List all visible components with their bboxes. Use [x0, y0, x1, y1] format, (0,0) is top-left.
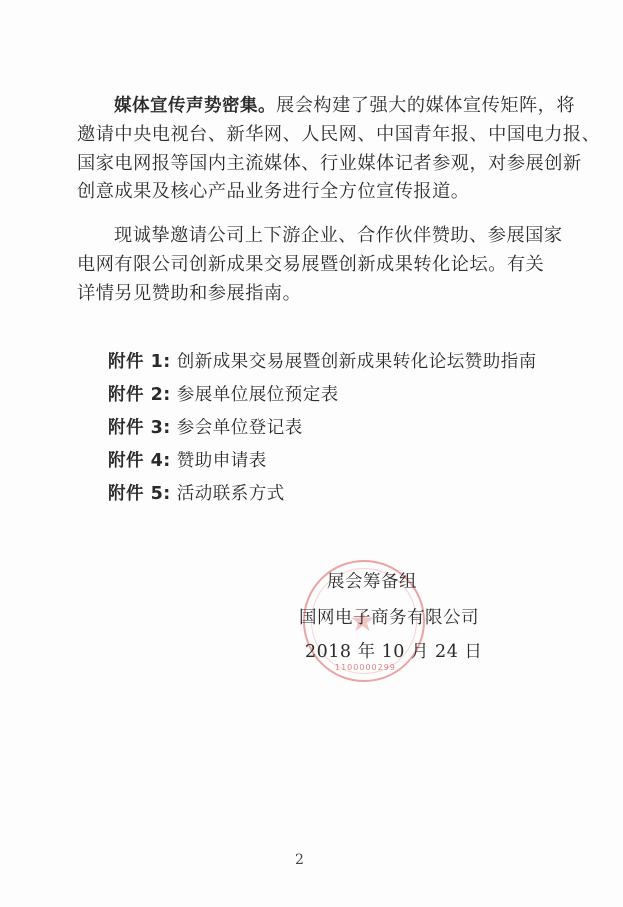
paragraph-invitation: 现诚挚邀请公司上下游企业、合作伙伴赞助、参展国家 电网有限公司创新成果交易展暨创… — [77, 222, 527, 308]
attachment-title: 参会单位登记表 — [177, 418, 303, 438]
paragraph-line: 电网有限公司创新成果交易展暨创新成果转化论坛。有关 — [77, 251, 527, 280]
attachment-label: 附件 1: — [108, 352, 171, 372]
attachment-item: 附件 1:创新成果交易展暨创新成果转化论坛赞助指南 — [108, 346, 537, 379]
paragraph-line: 国家电网报等国内主流媒体、行业媒体记者参观，对参展创新 — [77, 150, 527, 179]
attachment-title: 参展单位展位预定表 — [177, 385, 339, 405]
seal-code: 1100000299 — [335, 663, 396, 672]
attachment-title: 活动联系方式 — [177, 484, 285, 504]
paragraph-heading: 媒体宣传声势密集。 — [114, 96, 276, 116]
paragraph-line: 详情另见赞助和参展指南。 — [77, 280, 527, 309]
document-page: 媒体宣传声势密集。展会构建了强大的媒体宣传矩阵，将 邀请中央电视台、新华网、人民… — [0, 0, 623, 907]
signature-date: 2018 年 10 月 24 日 — [305, 638, 482, 663]
attachment-item: 附件 5:活动联系方式 — [108, 478, 537, 511]
page-number: 2 — [295, 852, 304, 868]
attachment-item: 附件 4:赞助申请表 — [108, 445, 537, 478]
attachment-list: 附件 1:创新成果交易展暨创新成果转化论坛赞助指南 附件 2:参展单位展位预定表… — [108, 346, 537, 511]
attachment-label: 附件 4: — [108, 451, 171, 471]
attachment-item: 附件 3:参会单位登记表 — [108, 412, 537, 445]
paragraph-text: 展会构建了强大的媒体宣传矩阵，将 — [276, 95, 575, 116]
attachment-item: 附件 2:参展单位展位预定表 — [108, 379, 537, 412]
attachment-label: 附件 2: — [108, 385, 171, 405]
signature-company: 国网电子商务有限公司 — [299, 604, 479, 629]
paragraph-line: 媒体宣传声势密集。展会构建了强大的媒体宣传矩阵，将 — [77, 92, 527, 121]
attachment-title: 创新成果交易展暨创新成果转化论坛赞助指南 — [177, 352, 537, 372]
signature-organizer: 展会筹备组 — [327, 568, 417, 593]
attachment-title: 赞助申请表 — [177, 451, 267, 471]
paragraph-media-promotion: 媒体宣传声势密集。展会构建了强大的媒体宣传矩阵，将 邀请中央电视台、新华网、人民… — [77, 92, 527, 207]
paragraph-line: 邀请中央电视台、新华网、人民网、中国青年报、中国电力报、 — [77, 121, 527, 150]
attachment-label: 附件 5: — [108, 484, 171, 504]
paragraph-line: 创意成果及核心产品业务进行全方位宣传报道。 — [77, 178, 527, 207]
attachment-label: 附件 3: — [108, 418, 171, 438]
paragraph-line: 现诚挚邀请公司上下游企业、合作伙伴赞助、参展国家 — [77, 222, 527, 251]
